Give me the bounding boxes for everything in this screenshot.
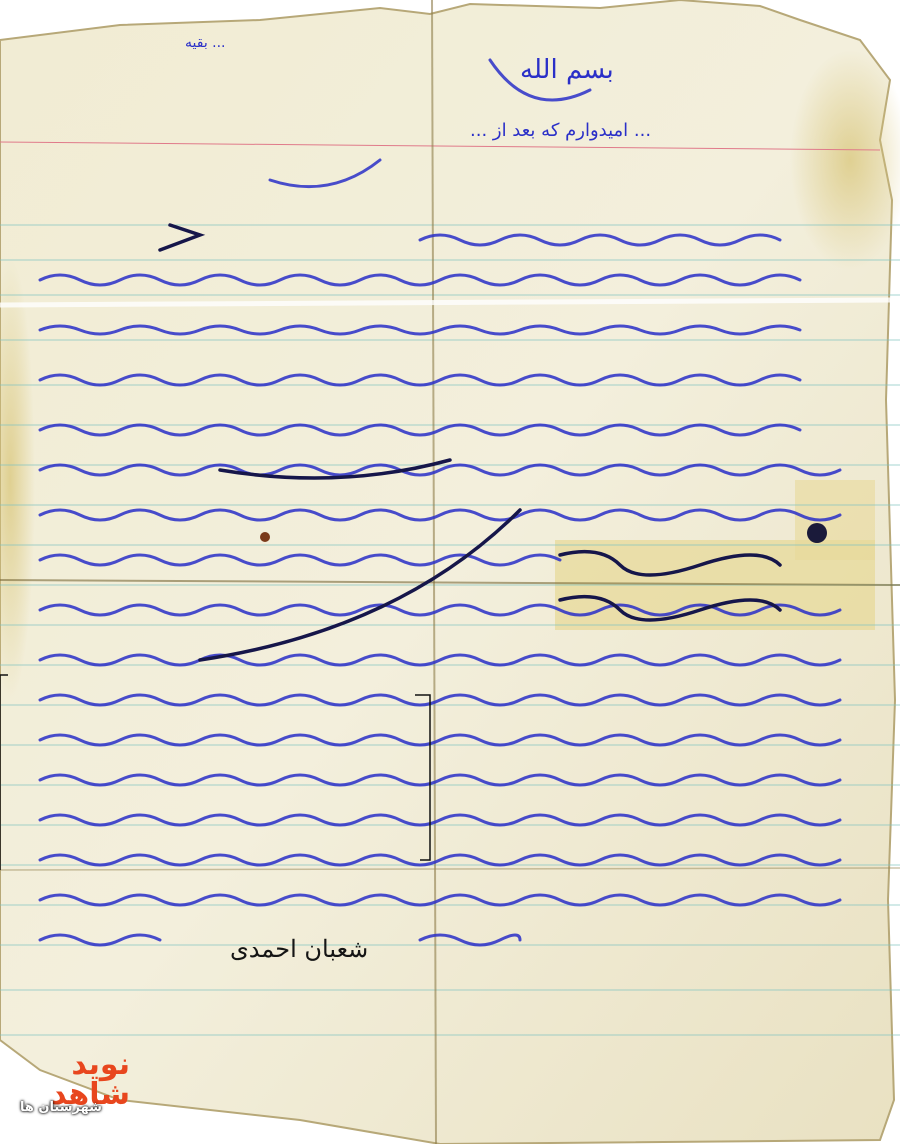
paper-background [0,0,900,1144]
watermark-logo: نوید شاهد شهرستان ها [20,1050,130,1130]
letter-page: بسم الله ... امیدوارم که بعد از ... ... … [0,0,900,1144]
top-line-text: ... امیدوارم که بعد از ... [470,120,651,141]
watermark-subtitle: شهرستان ها [20,1100,102,1115]
side-note-text: ... بقیه [185,35,226,51]
heading-text: بسم الله [520,55,614,85]
signature: شعبان احمدی [230,935,368,963]
